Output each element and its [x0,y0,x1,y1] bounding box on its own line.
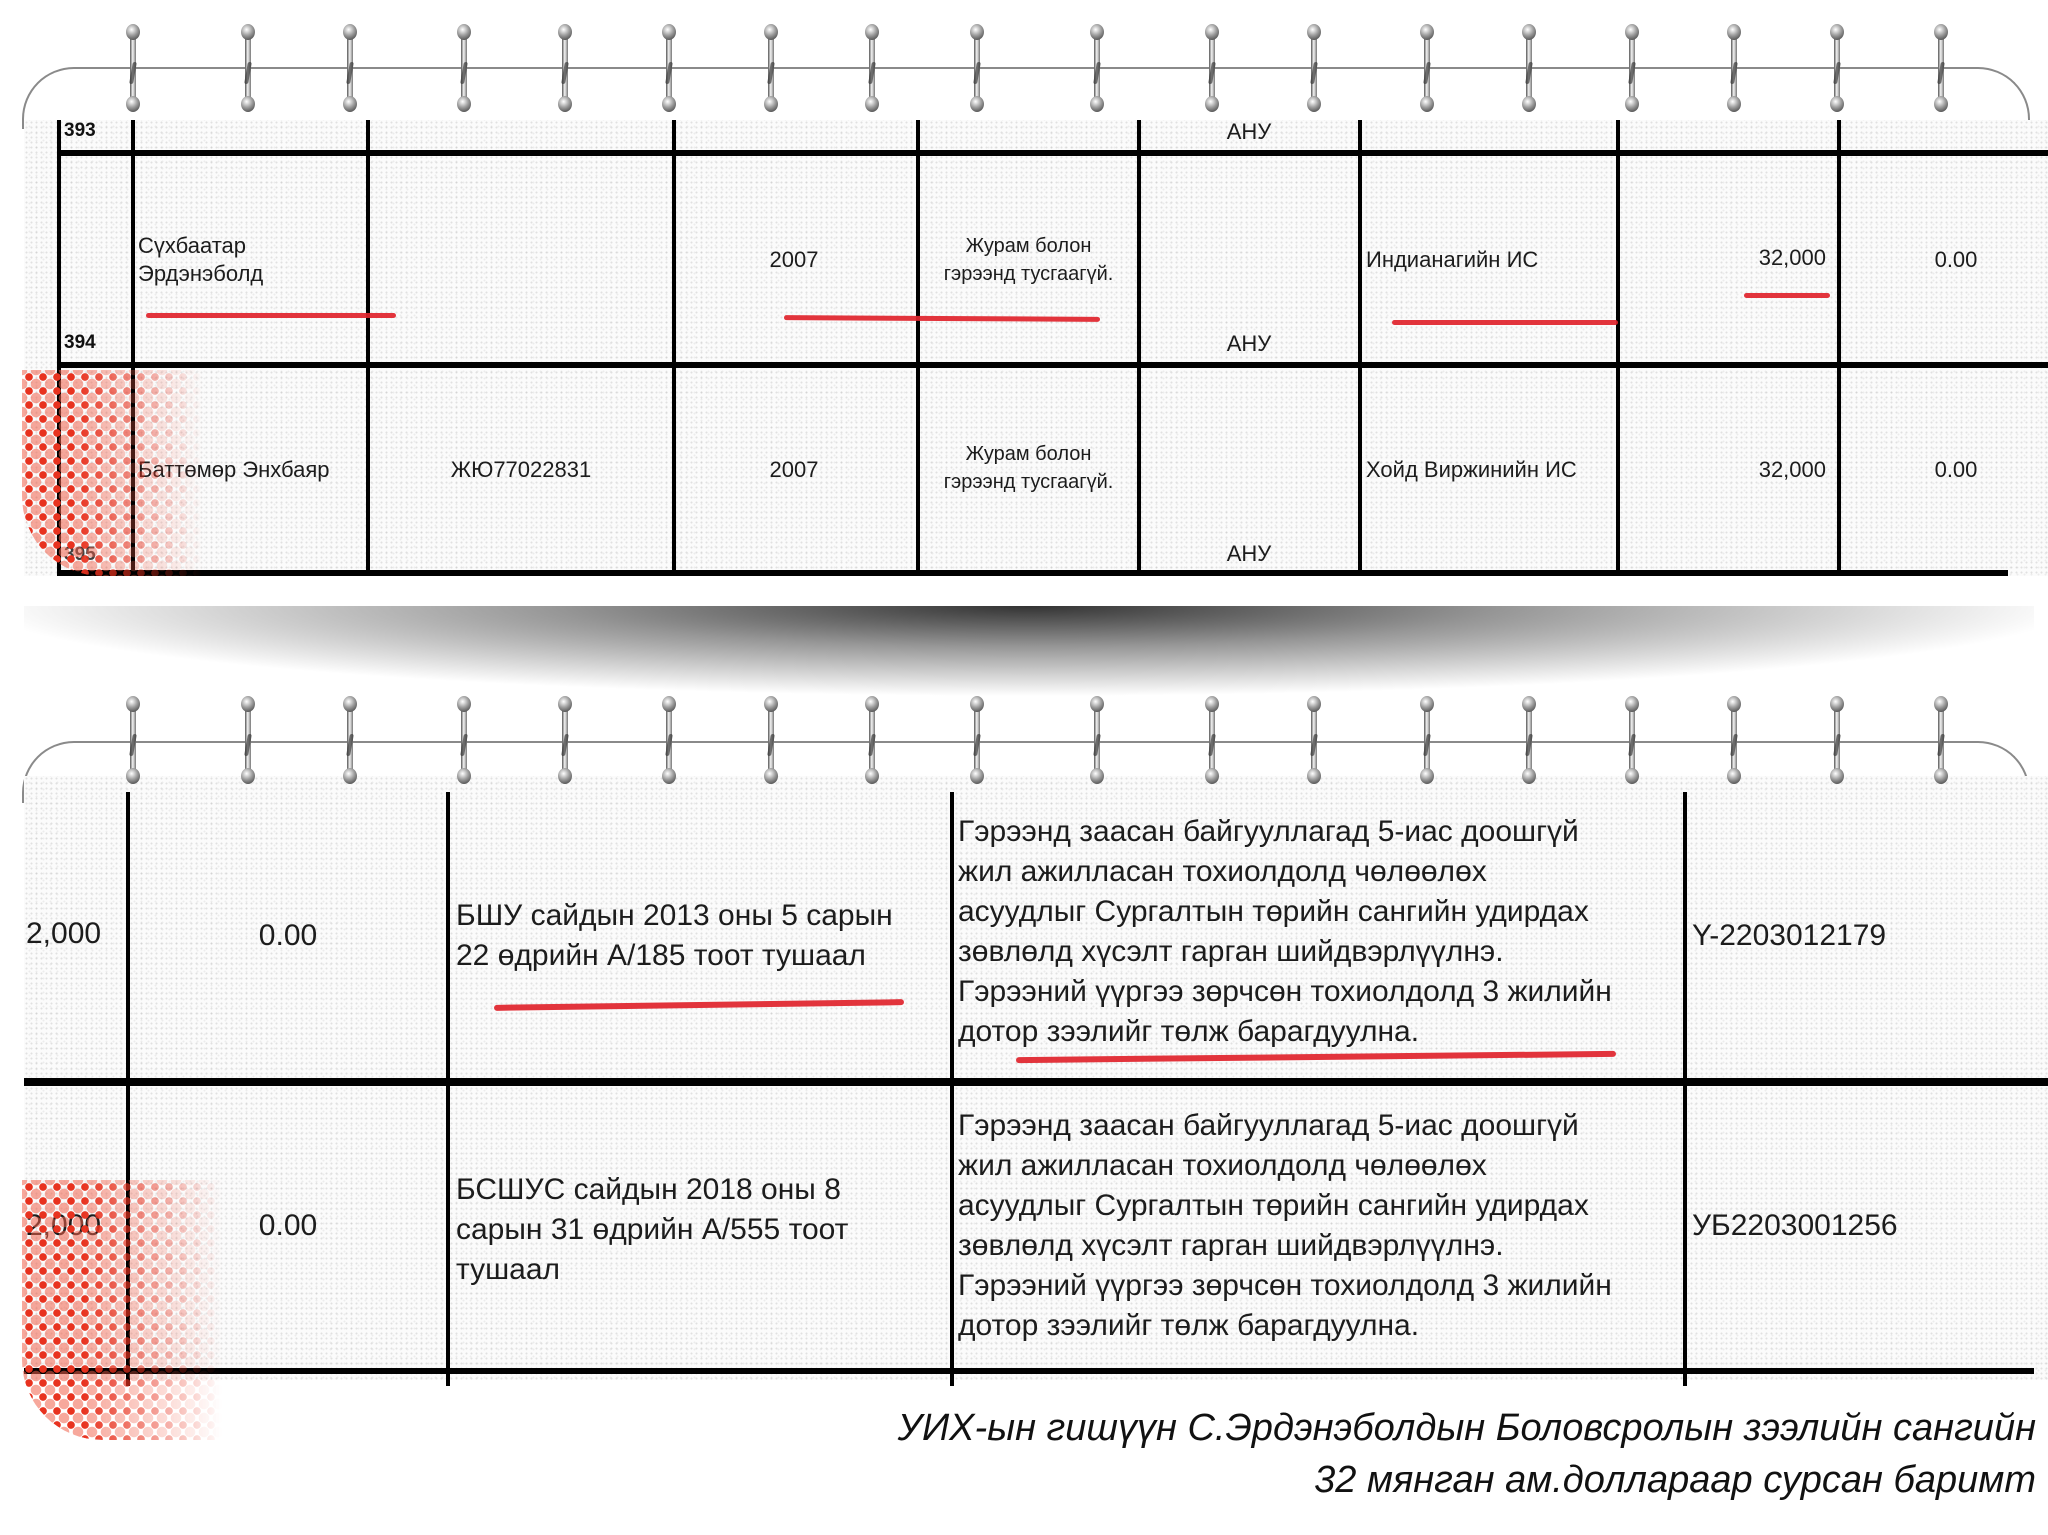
highlight-underline-amount [1744,293,1830,298]
spiral-ring-icon [457,24,471,112]
spiral-ring-icon [865,24,879,112]
spiral-ring-icon [1307,696,1321,784]
spiral-ring-icon [126,696,140,784]
balance-cell: 0.00 [1841,246,2048,274]
highlight-underline-school [1392,320,1618,325]
spiral-ring-icon [343,696,357,784]
spiral-ring-icon [343,24,357,112]
spiral-ring-icon [764,696,778,784]
country-cell: АНУ [1140,330,1358,358]
spiral-ring-icon [1420,696,1434,784]
highlight-underline-name [146,313,396,318]
top-table-vline [366,120,370,576]
top-table-hline [58,570,2008,576]
caption-line-2: 32 мянган ам.доллараар сурсан баримт [898,1454,2036,1506]
spiral-ring-icon [1090,696,1104,784]
bottom-table-vline [446,792,450,1386]
bottom-table-hline [24,1078,2048,1086]
panel-shadow-separator [24,606,2034,696]
spiral-ring-icon [241,696,255,784]
school-cell: Индианагийн ИС [1366,246,1616,274]
spiral-ring-icon [1830,24,1844,112]
caption: УИХ-ын гишүүн С.Эрдэнэболдын Боловсролын… [898,1402,2036,1506]
bottom-table-vline [1683,792,1687,1386]
balance-cell: 0.00 [130,916,446,956]
top-table-vline [1616,120,1620,576]
condition-cell: Журам болон гэрээнд тусгаагүй. [920,440,1137,496]
top-panel-page [24,120,2048,576]
top-table-hline [58,150,2048,156]
spiral-ring-icon [1420,24,1434,112]
name-cell: Сүхбаатар Эрдэнэболд [138,232,363,288]
top-table-vline [1837,120,1841,576]
spiral-ring-icon [1625,24,1639,112]
country-cell: АНУ [1140,118,1358,146]
contract-number-cell: Y-2203012179 [1692,916,1886,956]
top-table-vline [916,120,920,576]
top-table-vline [1358,120,1362,576]
top-table-hline [58,362,2048,368]
spiral-ring-icon [1934,24,1948,112]
year-cell: 2007 [672,456,916,484]
bottom-table-vline [950,792,954,1386]
balance-cell: 0.00 [1841,456,2048,484]
amount-cell: 32,000 [1620,456,1826,484]
spiral-ring-icon [1205,24,1219,112]
caption-line-1: УИХ-ын гишүүн С.Эрдэнэболдын Боловсролын… [898,1402,2036,1454]
bottom-table-hline [24,1368,2034,1374]
spiral-ring-icon [1625,696,1639,784]
amount-cell: 32,000 [1620,244,1826,272]
note-cell: Гэрээнд заасан байгууллагад 5-иас доошгү… [958,1106,1683,1346]
order-cell: БШУ сайдын 2013 оны 5 сарын 22 өдрийн А/… [456,896,950,976]
spiral-ring-icon [1727,696,1741,784]
condition-cell: Журам болон гэрээнд тусгаагүй. [920,232,1137,288]
spiral-ring-icon [970,24,984,112]
spiral-ring-icon [662,696,676,784]
order-cell: БСШУС сайдын 2018 оны 8 сарын 31 өдрийн … [456,1170,950,1290]
spiral-ring-icon [1934,696,1948,784]
spiral-ring-icon [1307,24,1321,112]
spiral-ring-icon [1522,696,1536,784]
country-cell: АНУ [1140,540,1358,568]
spiral-ring-icon [558,696,572,784]
amount-cell: 2,000 [26,914,101,954]
spiral-ring-icon [865,696,879,784]
year-cell: 2007 [672,246,916,274]
spiral-ring-icon [1830,696,1844,784]
row-number-394: 394 [64,332,96,354]
top-table-vline [672,120,676,576]
spiral-ring-icon [457,696,471,784]
register-number-cell: ЖЮ77022831 [370,456,672,484]
spiral-ring-icon [1090,24,1104,112]
spiral-ring-icon [1522,24,1536,112]
note-cell: Гэрээнд заасан байгууллагад 5-иас доошгү… [958,812,1683,1052]
spiral-ring-icon [970,696,984,784]
spiral-ring-icon [764,24,778,112]
spiral-ring-icon [126,24,140,112]
halftone-decoration [22,370,202,576]
contract-number-cell: УБ2203001256 [1692,1206,1898,1246]
spiral-ring-icon [241,24,255,112]
spiral-ring-icon [1727,24,1741,112]
spiral-ring-icon [558,24,572,112]
school-cell: Хойд Виржинийн ИС [1366,456,1616,484]
spiral-ring-icon [1205,696,1219,784]
spiral-ring-icon [662,24,676,112]
row-number-393: 393 [64,120,96,142]
halftone-decoration [22,1180,222,1440]
